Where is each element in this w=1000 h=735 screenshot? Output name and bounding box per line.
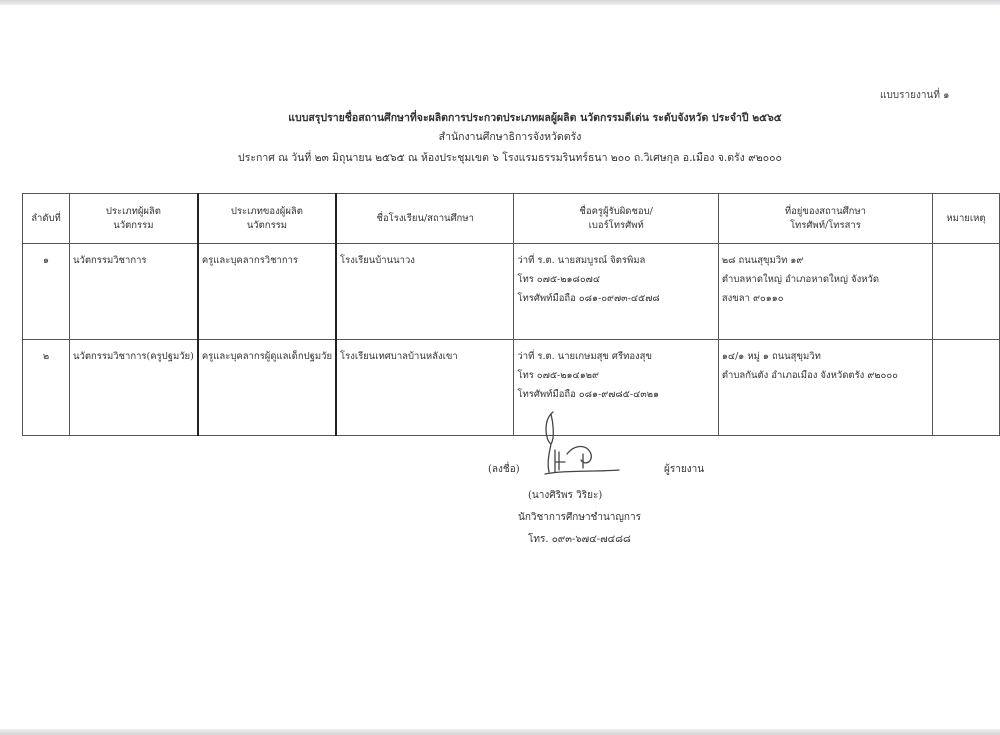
row-remark [932, 244, 999, 340]
row-school: โรงเรียนบ้านนาวง [336, 244, 514, 340]
table-row: ๑ นวัตกรรมวิชาการ ครูและบุคลากรวิชาการ โ… [23, 244, 1000, 340]
contact-mobile: โทรศัพท์มือถือ ๐๘๑-๙๗๘๕-๔๓๒๑ [517, 385, 714, 404]
header-school: ชื่อโรงเรียน/สถานศึกษา [336, 194, 514, 244]
table-header-row: ลำดับที่ ประเภทผู้ผลิต นวัตกรรม ประเภทขอ… [23, 194, 1000, 244]
row-type: ครูและบุคลากรผู้ดูแลเด็กปฐมวัย [198, 340, 336, 436]
row-remark [932, 340, 999, 436]
row-category: นวัตกรรมวิชาการ(ครูปฐมวัย) [70, 340, 198, 436]
page-bottom-edge [0, 729, 1000, 735]
sign-prefix: (ลงชื่อ) [488, 462, 520, 477]
document-subtitle: สำนักงานศึกษาธิการจังหวัดตรัง [10, 128, 1000, 145]
signer-phone: โทร. ๐๙๓-๖๗๔-๗๔๘๘ [528, 532, 631, 547]
table-row: ๒ นวัตกรรมวิชาการ(ครูปฐมวัย) ครูและบุคลา… [23, 340, 1000, 436]
contact-name: ว่าที่ ร.ต. นายสมบูรณ์ จิตรพิมล [517, 251, 714, 270]
address-line: สงขลา ๙๐๑๑๐ [722, 289, 929, 308]
header-address: ที่อยู่ของสถานศึกษา โทรศัพท์/โทรสาร [718, 194, 932, 244]
report-table: ลำดับที่ ประเภทผู้ผลิต นวัตกรรม ประเภทขอ… [22, 193, 1000, 436]
row-category: นวัตกรรมวิชาการ [70, 244, 198, 340]
row-school: โรงเรียนเทศบาลบ้านหลังเขา [336, 340, 514, 436]
document-announcement: ประกาศ ณ วันที่ ๒๓ มิถุนายน ๒๕๖๕ ณ ห้องป… [10, 149, 1000, 166]
header-type: ประเภทของผู้ผลิต นวัตกรรม [198, 194, 336, 244]
form-number: แบบรายงานที่ ๑ [880, 88, 949, 103]
row-address: ๑๔/๑ หมู่ ๑ ถนนสุขุมวิท ตำบลกันตัง อำเภอ… [718, 340, 932, 436]
document-title: แบบสรุปรายชื่อสถานศึกษาที่จะผลิตการประกว… [35, 109, 1000, 126]
row-type: ครูและบุคลากรวิชาการ [198, 244, 336, 340]
address-line: ๒๘ ถนนสุขุมวิท ๑๙ [722, 251, 929, 270]
contact-phone: โทร ๐๗๕-๒๑๔๑๒๙ [517, 366, 714, 385]
row-address: ๒๘ ถนนสุขุมวิท ๑๙ ตำบลหาดใหญ่ อำเภอหาดให… [718, 244, 932, 340]
handwritten-signature-icon [535, 410, 625, 480]
signer-name: (นางศิริพร วิริยะ) [528, 488, 602, 503]
row-no: ๑ [23, 244, 70, 340]
contact-phone: โทร ๐๗๕-๒๑๘๐๗๔ [517, 270, 714, 289]
address-line: ๑๔/๑ หมู่ ๑ ถนนสุขุมวิท [722, 347, 929, 366]
header-category: ประเภทผู้ผลิต นวัตกรรม [70, 194, 198, 244]
contact-mobile: โทรศัพท์มือถือ ๐๘๑-๐๙๗๓-๔๕๗๘ [517, 289, 714, 308]
header-contact: ชื่อครูผู้รับผิดชอบ/ เบอร์โทรศัพท์ [514, 194, 718, 244]
page-top-edge [0, 0, 1000, 5]
row-no: ๒ [23, 340, 70, 436]
signer-position: นักวิชาการศึกษาชำนาญการ [518, 510, 641, 525]
header-remark: หมายเหตุ [932, 194, 999, 244]
contact-name: ว่าที่ ร.ต. นายเกษมสุข ศรีทองสุข [517, 347, 714, 366]
header-no: ลำดับที่ [23, 194, 70, 244]
address-line: ตำบลหาดใหญ่ อำเภอหาดใหญ่ จังหวัด [722, 270, 929, 289]
row-contact: ว่าที่ ร.ต. นายสมบูรณ์ จิตรพิมล โทร ๐๗๕-… [514, 244, 718, 340]
address-line: ตำบลกันตัง อำเภอเมือง จังหวัดตรัง ๙๒๐๐๐ [722, 366, 929, 385]
sign-suffix: ผู้รายงาน [664, 462, 704, 477]
